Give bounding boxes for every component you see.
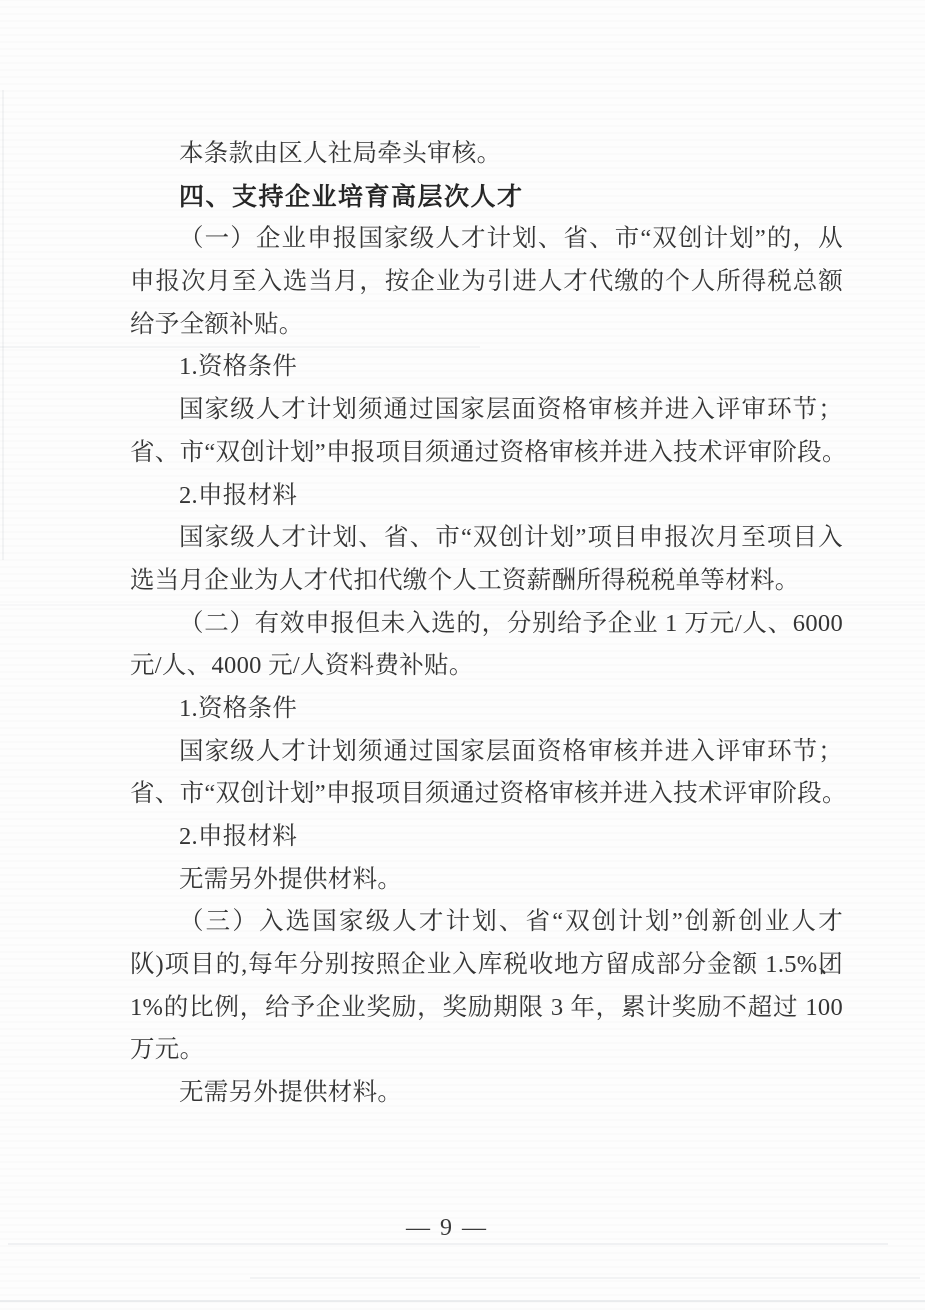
subsection-label: 2.申报材料 — [130, 816, 843, 859]
text-line: 无需另外提供材料。 — [130, 859, 843, 902]
section-heading: 四、支持企业培育高层次人才 — [130, 176, 843, 219]
text-line: 选当月企业为人才代扣代缴个人工资薪酬所得税税单等材料。 — [130, 560, 843, 603]
page-number: — 9 — — [406, 1215, 488, 1241]
text-line: 万元。 — [130, 1029, 843, 1072]
text-line: 无需另外提供材料。 — [130, 1072, 843, 1115]
text-line: 国家级人才计划、省、市“双创计划”项目申报次月至项目入 — [130, 517, 843, 560]
text-line: （二）有效申报但未入选的，分别给予企业 1 万元/人、6000 — [130, 603, 843, 646]
page-footer: — 9 — — [0, 1215, 894, 1242]
scan-artifact-line — [8, 1243, 888, 1245]
scan-artifact-line — [250, 1277, 920, 1279]
text-line: 本条款由区人社局牵头审核。 — [130, 133, 843, 176]
text-line: 队)项目的,每年分别按照企业入库税收地方留成部分金额 1.5%、 — [130, 944, 843, 987]
scan-artifact-streak — [2, 90, 4, 560]
text-line: 申报次月至入选当月，按企业为引进人才代缴的个人所得税总额 — [130, 261, 843, 304]
text-line: （一）企业申报国家级人才计划、省、市“双创计划”的，从 — [130, 218, 843, 261]
scan-artifact-line — [0, 1300, 925, 1302]
text-line: 给予全额补贴。 — [130, 304, 843, 347]
subsection-label: 1.资格条件 — [130, 688, 843, 731]
text-line: 元/人、4000 元/人资料费补贴。 — [130, 645, 843, 688]
document-body: 本条款由区人社局牵头审核。 四、支持企业培育高层次人才 （一）企业申报国家级人才… — [130, 133, 843, 1115]
text-line: 国家级人才计划须通过国家层面资格审核并进入评审环节； — [130, 389, 843, 432]
text-line: 国家级人才计划须通过国家层面资格审核并进入评审环节； — [130, 731, 843, 774]
text-line: （三）入选国家级人才计划、省“双创计划”创新创业人才（团 — [130, 901, 843, 944]
subsection-label: 1.资格条件 — [130, 346, 843, 389]
scanned-document-page: 本条款由区人社局牵头审核。 四、支持企业培育高层次人才 （一）企业申报国家级人才… — [0, 0, 925, 1310]
subsection-label: 2.申报材料 — [130, 475, 843, 518]
text-line: 1%的比例，给予企业奖励，奖励期限 3 年，累计奖励不超过 100 — [130, 987, 843, 1030]
text-line: 省、市“双创计划”申报项目须通过资格审核并进入技术评审阶段。 — [130, 773, 843, 816]
text-line: 省、市“双创计划”申报项目须通过资格审核并进入技术评审阶段。 — [130, 432, 843, 475]
